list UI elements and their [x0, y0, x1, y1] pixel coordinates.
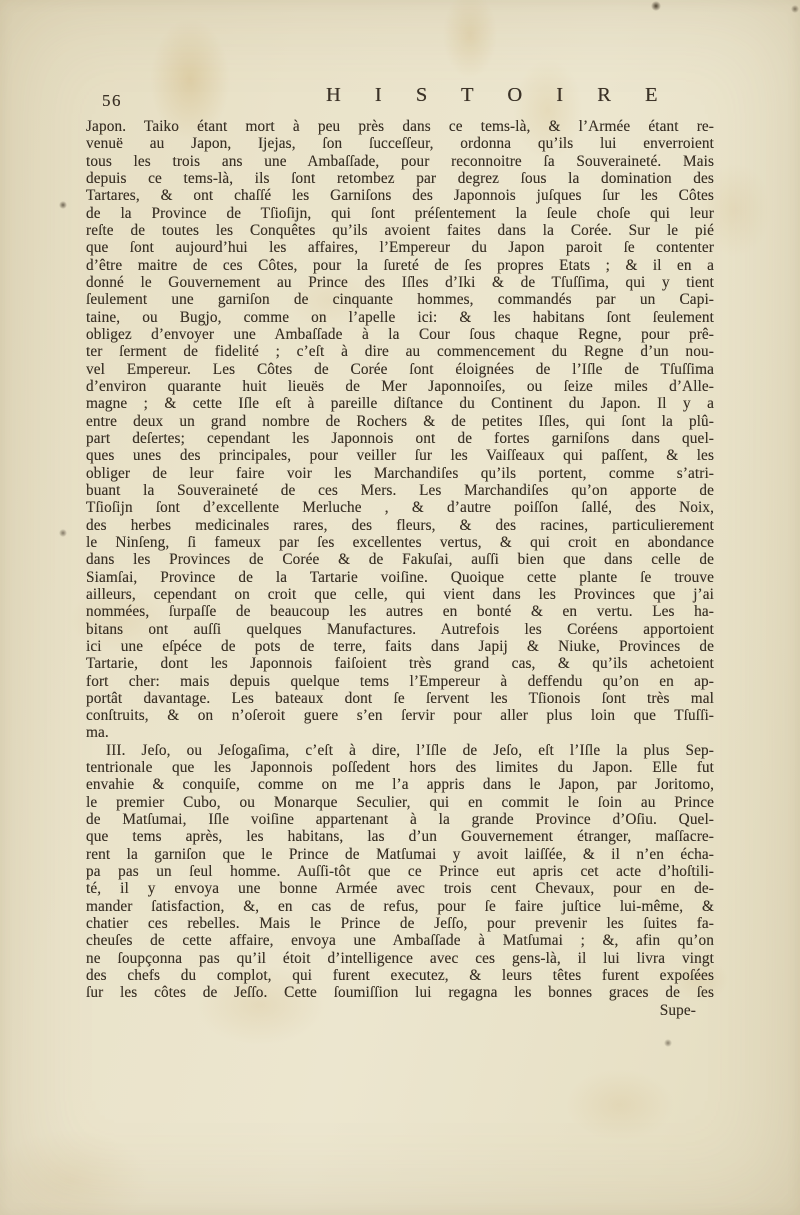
text-line: venuë au Japon, Ijejas, ſon ſucceſſeur, …	[86, 135, 714, 152]
text-line: tous les trois ans une Ambaſſade, pour r…	[86, 153, 714, 170]
text-line: Tſioſijn ſont d’excellente Merluche , & …	[86, 499, 714, 516]
text-line: depuis ce tems-là, ils ſont retombez par…	[86, 170, 714, 187]
text-line: des chefs du complot, qui furent execute…	[86, 967, 714, 984]
text-line: III. Jeſo, ou Jeſogaſima, c’eſt à dire, …	[86, 742, 714, 759]
text-line: ne ſoupçonna pas qu’il étoit d’intellige…	[86, 950, 714, 967]
text-line: Tartarie, dont les Japonnois faiſoient t…	[86, 655, 714, 672]
text-line: taine, ou Bugjo, comme on l’apelle ici: …	[86, 309, 714, 326]
text-line: des herbes medicinales rares, des fleurs…	[86, 517, 714, 534]
text-line: ter ſerment de fidelité ; c’eſt à dire a…	[86, 343, 714, 360]
text-line: de Matſumai, Iſle voiſine appartenant à …	[86, 811, 714, 828]
text-line: de la Province de Tſioſijn, qui ſont pré…	[86, 205, 714, 222]
text-line: ſeulement une garniſon de cinquante homm…	[86, 291, 714, 308]
text-line: ques unes des principales, pour veiller …	[86, 447, 714, 464]
text-line: que tems après, les habitans, las d’un G…	[86, 828, 714, 845]
text-line: entre deux un grand nombre de Rochers & …	[86, 413, 714, 430]
text-line: dans les Provinces de Corée & de Fakuſai…	[86, 551, 714, 568]
text-line: fort cher: mais depuis quelque tems l’Em…	[86, 673, 714, 690]
text-line: reſte de toutes les Conquêtes qu’ils avo…	[86, 222, 714, 239]
text-line: buant la Souveraineté de ces Mers. Les M…	[86, 482, 714, 499]
running-title: H I S T O I R E	[326, 84, 672, 107]
text-line: Japon. Taiko étant mort à peu près dans …	[86, 118, 714, 135]
text-line: part deſertes; cependant les Japonnois o…	[86, 430, 714, 447]
text-line: le Ninſeng, ſi fameux par ſes excellente…	[86, 534, 714, 551]
text-line: Siamſai, Province de la Tartarie voiſine…	[86, 569, 714, 586]
text-line: mander ſatisfaction, &, en cas de refus,…	[86, 898, 714, 915]
text-line: portât davantage. Les bateaux dont ſe ſe…	[86, 690, 714, 707]
text-line: conſtruits, & on n’oſeroit guere s’en ſe…	[86, 707, 714, 724]
text-line: nommées, ſurpaſſe de beaucoup les autres…	[86, 603, 714, 620]
text-line: le premier Cubo, ou Monarque Seculier, q…	[86, 794, 714, 811]
text-line: Tartares, & ont chaſſé les Garniſons des…	[86, 187, 714, 204]
text-line: té, il y envoya une bonne Armée avec tro…	[86, 880, 714, 897]
page-number: 56	[102, 91, 122, 111]
text-line: bitans ont auſſi quelques Manufactures. …	[86, 621, 714, 638]
text-line: ma.	[86, 724, 714, 741]
body-text: Japon. Taiko étant mort à peu près dans …	[86, 118, 714, 1019]
text-line: magne ; & cette Iſle eſt à pareille diſt…	[86, 395, 714, 412]
text-line: tentrionale que les Japonnois poſſedent …	[86, 759, 714, 776]
text-line: ſur les côtes de Jeſſo. Cette ſoumiſſion…	[86, 984, 714, 1001]
text-line: obligez d’envoyer une Ambaſſade à la Cou…	[86, 326, 714, 343]
text-line: ailleurs, cependant on croit que celle, …	[86, 586, 714, 603]
text-line: d’être maitre de ces Côtes, pour la ſure…	[86, 257, 714, 274]
text-line: que ſont aujourd’hui les affaires, l’Emp…	[86, 239, 714, 256]
text-line: obliger de leur faire voir les Marchandi…	[86, 465, 714, 482]
text-line: cheuſes de cette affaire, envoya une Amb…	[86, 932, 714, 949]
text-line: rent la garniſon que le Prince de Matſum…	[86, 846, 714, 863]
text-line: chatier ces rebelles. Mais le Prince de …	[86, 915, 714, 932]
text-line: ici une eſpéce de pots de terre, faits d…	[86, 638, 714, 655]
text-line: envahie & conquiſe, comme on me l’a appr…	[86, 776, 714, 793]
page-header: 56 H I S T O I R E	[86, 84, 714, 116]
text-line: vel Empereur. Les Côtes de Corée ſont él…	[86, 361, 714, 378]
text-line: d’environ quarante huit lieuës de Mer Ja…	[86, 378, 714, 395]
text-line: donné le Gouvernement au Prince des Iſle…	[86, 274, 714, 291]
text-line: pa pas un ſeul homme. Auſſi-tôt que ce P…	[86, 863, 714, 880]
catchword: Supe-	[86, 1002, 714, 1019]
